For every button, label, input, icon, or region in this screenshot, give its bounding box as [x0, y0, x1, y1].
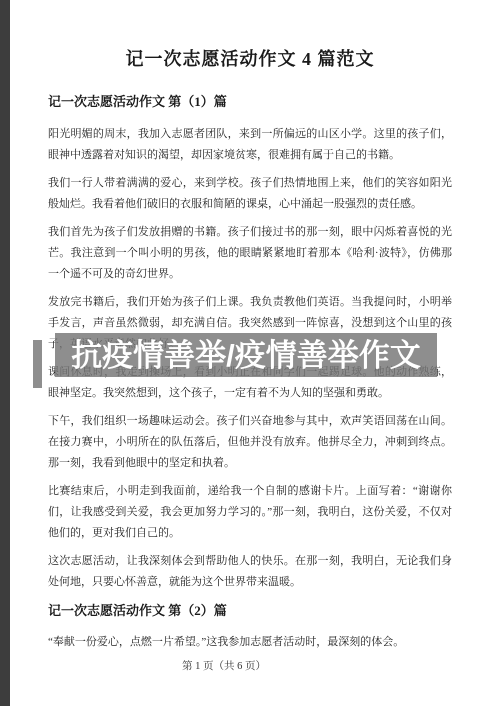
watermark-banner: 抗疫情善举/疫情善举作文	[55, 333, 437, 377]
section-1-heading: 记一次志愿活动作文 第（1）篇	[48, 94, 452, 110]
watermark-banner-text: 抗疫情善举/疫情善举作文	[71, 340, 421, 371]
essay-paragraph-8: 这次志愿活动，让我深刻体会到帮助他人的快乐。在那一刻，我明白，无论我们身处何地，…	[48, 551, 452, 593]
essay-paragraph-6: 下午，我们组织一场趣味运动会。孩子们兴奋地参与其中，欢声笑语回荡在山间。在接力赛…	[48, 411, 452, 474]
left-edge-strip	[0, 0, 10, 706]
essay-paragraph-1: 阳光明媚的周末，我加入志愿者团队，来到一所偏远的山区小学。这里的孩子们，眼神中透…	[48, 124, 452, 166]
document-title: 记一次志愿活动作文 4 篇范文	[48, 46, 452, 72]
essay-paragraph-9: “奉献一份爱心，点燃一片希望。”这我参加志愿者活动时，最深刻的体会。	[48, 632, 452, 653]
essay-paragraph-2: 我们一行人带着满满的爱心，来到学校。孩子们热情地围上来，他们的笑容如阳光般灿烂。…	[48, 173, 452, 215]
section-2-heading: 记一次志愿活动作文 第（2）篇	[48, 603, 452, 619]
essay-paragraph-7: 比赛结束后，小明走到我面前，递给我一个自制的感谢卡片。上面写着：“谢谢你们，让我…	[48, 481, 452, 544]
watermark-banner-tab	[33, 340, 42, 388]
page-footer: 第 1 页（共 6 页）	[48, 660, 400, 674]
essay-paragraph-3: 我们首先为孩子们发放捐赠的书籍。孩子们接过书的那一刻，眼中闪烁着喜悦的光芒。我注…	[48, 222, 452, 285]
